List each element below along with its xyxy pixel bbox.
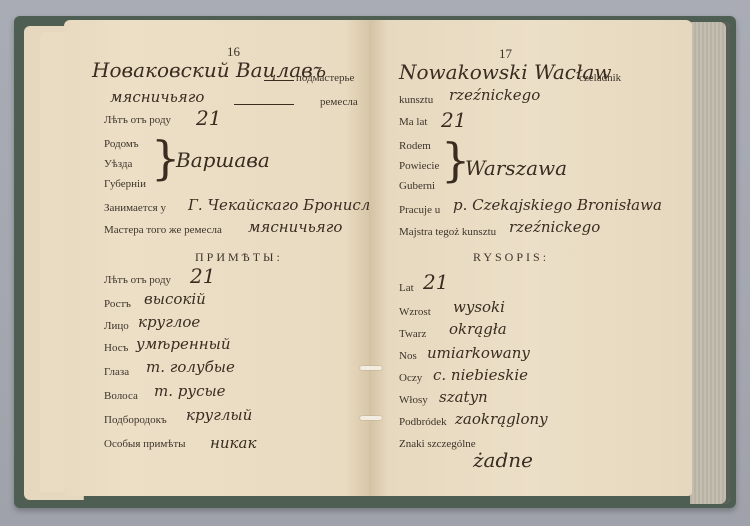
origin-label-powiecie: Powiecie (399, 160, 439, 172)
feature-label-special: Особыя примѣты (104, 438, 186, 450)
feature-value-age: 21 (190, 264, 215, 288)
feature-value-special: żadne (473, 448, 533, 472)
feature-value-hair: szatyn (439, 388, 488, 406)
trade-handwritten: rzeźnickego (449, 86, 540, 104)
feature-label-age: Лѣтъ отъ роду (104, 274, 171, 286)
feature-value-face: okrągła (449, 320, 507, 338)
trade-handwritten: мясничьяго (110, 88, 204, 106)
origin-label-gubernii: Губерніи (104, 178, 146, 190)
feature-label-chin: Podbródek (399, 416, 447, 428)
feature-label-chin: Подбородокъ (104, 414, 167, 426)
binding-stitch (360, 416, 382, 420)
feature-value-nose: umiarkowany (427, 344, 530, 362)
feature-label-nose: Nos (399, 350, 417, 362)
feature-label-face: Лицо (104, 320, 129, 332)
features-heading: ПРИМѢТЫ: (195, 250, 283, 265)
name-handwritten: Новаковский Вацлавъ (92, 58, 326, 82)
employer-label: Занимается у (104, 202, 166, 214)
feature-value-face: круглое (138, 313, 200, 331)
master-value: rzeźnickego (509, 218, 600, 236)
rank-label: подмастерье (296, 72, 354, 84)
feature-label-nose: Носъ (104, 342, 128, 354)
feature-value-eyes: c. niebieskie (433, 366, 528, 384)
feature-value-age: 21 (423, 270, 448, 294)
trade-label: kunsztu (399, 94, 433, 106)
feature-value-special: никак (210, 434, 256, 452)
feature-label-eyes: Глаза (104, 366, 129, 378)
feature-value-chin: zaokrąglony (455, 410, 548, 428)
origin-label-rodem: Rodem (399, 140, 431, 152)
origin-label-guberni: Guberni (399, 180, 435, 192)
employer-value: p. Czekajskiego Bronisława (453, 196, 662, 214)
feature-value-nose: умѣренный (136, 335, 231, 353)
features-heading: RYSOPIS: (473, 250, 549, 265)
rank-label: czeladnik (579, 72, 621, 84)
trade-label: ремесла (320, 96, 358, 108)
binding-stitch (360, 366, 382, 370)
feature-label-hair: Волоса (104, 390, 138, 402)
age-label: Лѣтъ отъ роду (104, 114, 171, 126)
feature-value-eyes: т. голубые (146, 358, 235, 376)
origin-label-uezda: Уѣзда (104, 158, 132, 170)
feature-value-hair: т. русые (154, 382, 226, 400)
master-label: Majstra tegoż kunsztu (399, 226, 496, 238)
age-value: 21 (196, 106, 221, 130)
origin-value: Варшава (176, 148, 270, 172)
feature-label-hair: Włosy (399, 394, 428, 406)
book-cover-right-edge (690, 22, 730, 504)
underline (264, 80, 294, 81)
employer-value: Г. Чекайскаго Брониcла (188, 196, 379, 214)
underline (234, 104, 294, 105)
feature-label-eyes: Oczy (399, 372, 422, 384)
right-page: 17 Nowakowski Wacław czeladnik kunsztu r… (369, 20, 692, 496)
origin-value: Warszawa (465, 156, 567, 180)
feature-value-height: высокій (144, 290, 206, 308)
employer-label: Pracuje u (399, 204, 440, 216)
master-value: мясничьяго (248, 218, 342, 236)
master-label: Мастера того же ремесла (104, 224, 222, 236)
feature-value-chin: круглый (186, 406, 252, 424)
feature-value-height: wysoki (453, 298, 505, 316)
age-label: Ma lat (399, 116, 427, 128)
feature-label-age: Lat (399, 282, 414, 294)
feature-label-height: Wzrost (399, 306, 431, 318)
age-value: 21 (441, 108, 466, 132)
feature-label-special: Znaki szczególne (399, 438, 476, 450)
origin-label-rodom: Родомъ (104, 138, 139, 150)
feature-label-face: Twarz (399, 328, 426, 340)
feature-label-height: Ростъ (104, 298, 131, 310)
left-page: 16 Новаковский Вацлавъ подмастерье мясни… (64, 20, 369, 496)
